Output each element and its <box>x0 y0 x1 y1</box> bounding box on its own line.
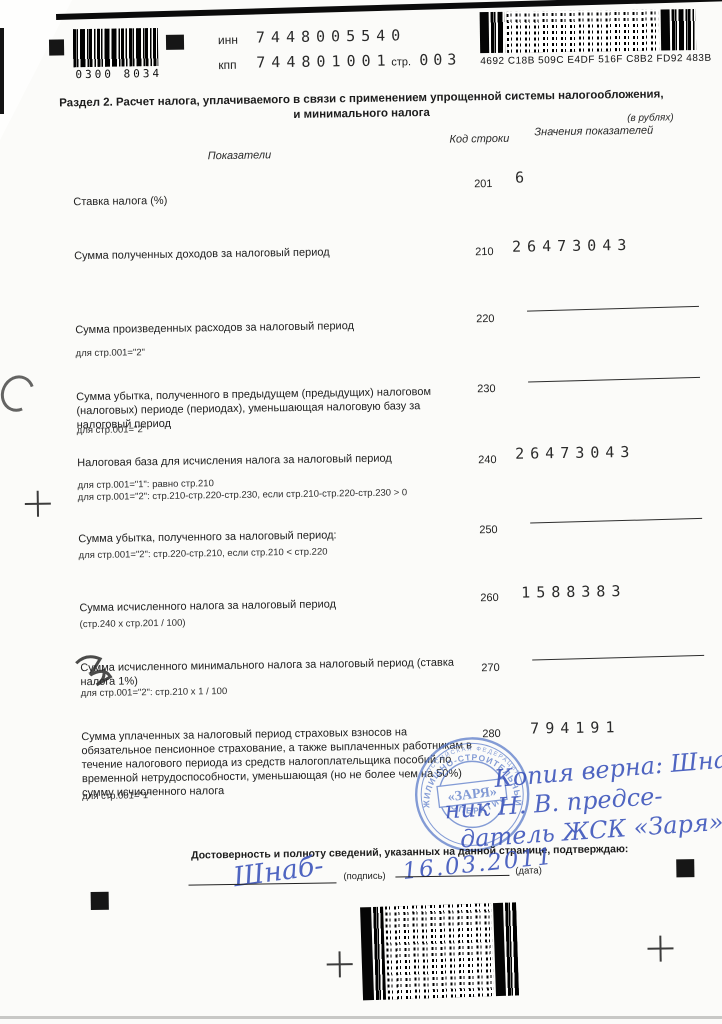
empty-value-dash <box>528 377 700 383</box>
row-value: 1588383 <box>521 582 626 602</box>
barcode-bottom <box>360 902 519 1000</box>
kpp-label: кпп <box>218 58 236 72</box>
barcode-top-left <box>73 28 159 67</box>
barcode-top-right-code: 4692 C18B 509C E4DF 516F C8B2 FD92 483B <box>480 53 711 67</box>
barcode-end-bar <box>360 907 374 1000</box>
row-code: 220 <box>476 313 495 325</box>
column-header-indicators: Показатели <box>208 149 272 162</box>
row-code: 210 <box>475 246 494 258</box>
empty-value-dash <box>532 655 704 661</box>
section-title-line2: и минимального налога <box>293 107 430 121</box>
empty-value-dash <box>530 518 702 524</box>
scanned-tax-form-page: 0300 8034 инн 7448005540 кпп 744801001 с… <box>0 0 722 1024</box>
row-note: для стр.001="1" <box>82 790 151 802</box>
row-code: 250 <box>479 524 498 536</box>
scan-edge-artifact <box>0 1016 722 1019</box>
row-label: Сумма исчисленного налога за налоговый п… <box>79 598 336 616</box>
registration-square <box>49 39 64 55</box>
barcode-stripes <box>672 9 697 50</box>
barcode-2d-pattern <box>385 903 494 999</box>
barcode-stripes <box>373 907 386 1000</box>
barcode-end-bar <box>661 9 671 50</box>
row-label: Сумма полученных доходов за налоговый пе… <box>74 246 330 264</box>
crosshair-mark <box>327 951 353 977</box>
column-header-values: Значения показателей <box>534 125 653 139</box>
row-value: 26473043 <box>515 443 636 463</box>
section-title: Раздел 2. Расчет налога, уплачиваемого в… <box>54 87 669 126</box>
row-note: для стр.001="2": стр.220-стр.210, если с… <box>79 547 328 562</box>
barcode-end-bar <box>493 903 506 996</box>
page-number-label: стр. <box>391 56 411 68</box>
crosshair-mark <box>647 935 673 961</box>
row-label: Сумма исчисленного минимального налога з… <box>80 656 480 690</box>
row-value: 26473043 <box>512 236 633 256</box>
row-note: (стр.240 х стр.201 / 100) <box>80 618 186 631</box>
row-value: 6 <box>515 168 530 186</box>
document-content: 0300 8034 инн 7448005540 кпп 744801001 с… <box>0 0 722 1024</box>
row-label: Налоговая база для исчисления налога за … <box>77 453 392 472</box>
inn-value: 7448005540 <box>256 26 407 46</box>
units-note: (в рублях) <box>627 112 674 124</box>
barcode-2d-pattern <box>507 10 660 53</box>
section-title-line1: Раздел 2. Расчет налога, уплачиваемого в… <box>59 88 663 109</box>
barcode-top-left-digits: 0300 8034 <box>75 67 162 81</box>
barcode-stripes <box>491 12 506 53</box>
crosshair-mark <box>25 491 51 517</box>
row-note: для стр.001="2" <box>76 347 145 359</box>
row-note: для стр.001="1": равно стр.210 <box>77 478 213 491</box>
row-value: 794191 <box>530 718 620 737</box>
empty-value-dash <box>527 306 699 312</box>
row-code: 201 <box>474 178 493 190</box>
row-note: для стр.001="2" <box>77 424 146 436</box>
kpp-value: 744801001 <box>256 51 392 71</box>
registration-square <box>91 892 109 910</box>
registration-square <box>166 35 184 50</box>
barcode-top-right <box>480 9 697 53</box>
registration-square <box>676 859 694 877</box>
row-code: 230 <box>477 383 496 395</box>
date-caption: (дата) <box>515 865 542 876</box>
ink-circle-mark <box>0 370 40 417</box>
barcode-stripes <box>505 902 519 995</box>
page-number-value: 003 <box>419 50 461 69</box>
row-label: Сумма убытка, полученного за налоговый п… <box>78 529 336 547</box>
inn-label: инн <box>218 33 238 47</box>
signature-caption: (подпись) <box>343 871 385 883</box>
barcode-end-bar <box>480 12 490 53</box>
row-label: Сумма произведенных расходов за налоговы… <box>75 320 354 338</box>
scan-edge-artifact <box>0 28 4 114</box>
column-header-code: Код строки <box>449 133 509 146</box>
row-code: 240 <box>478 454 497 466</box>
row-code: 270 <box>481 662 500 674</box>
pencil-scribble-mark <box>70 649 123 694</box>
row-code: 260 <box>480 592 499 604</box>
row-label: Ставка налога (%) <box>73 195 167 210</box>
